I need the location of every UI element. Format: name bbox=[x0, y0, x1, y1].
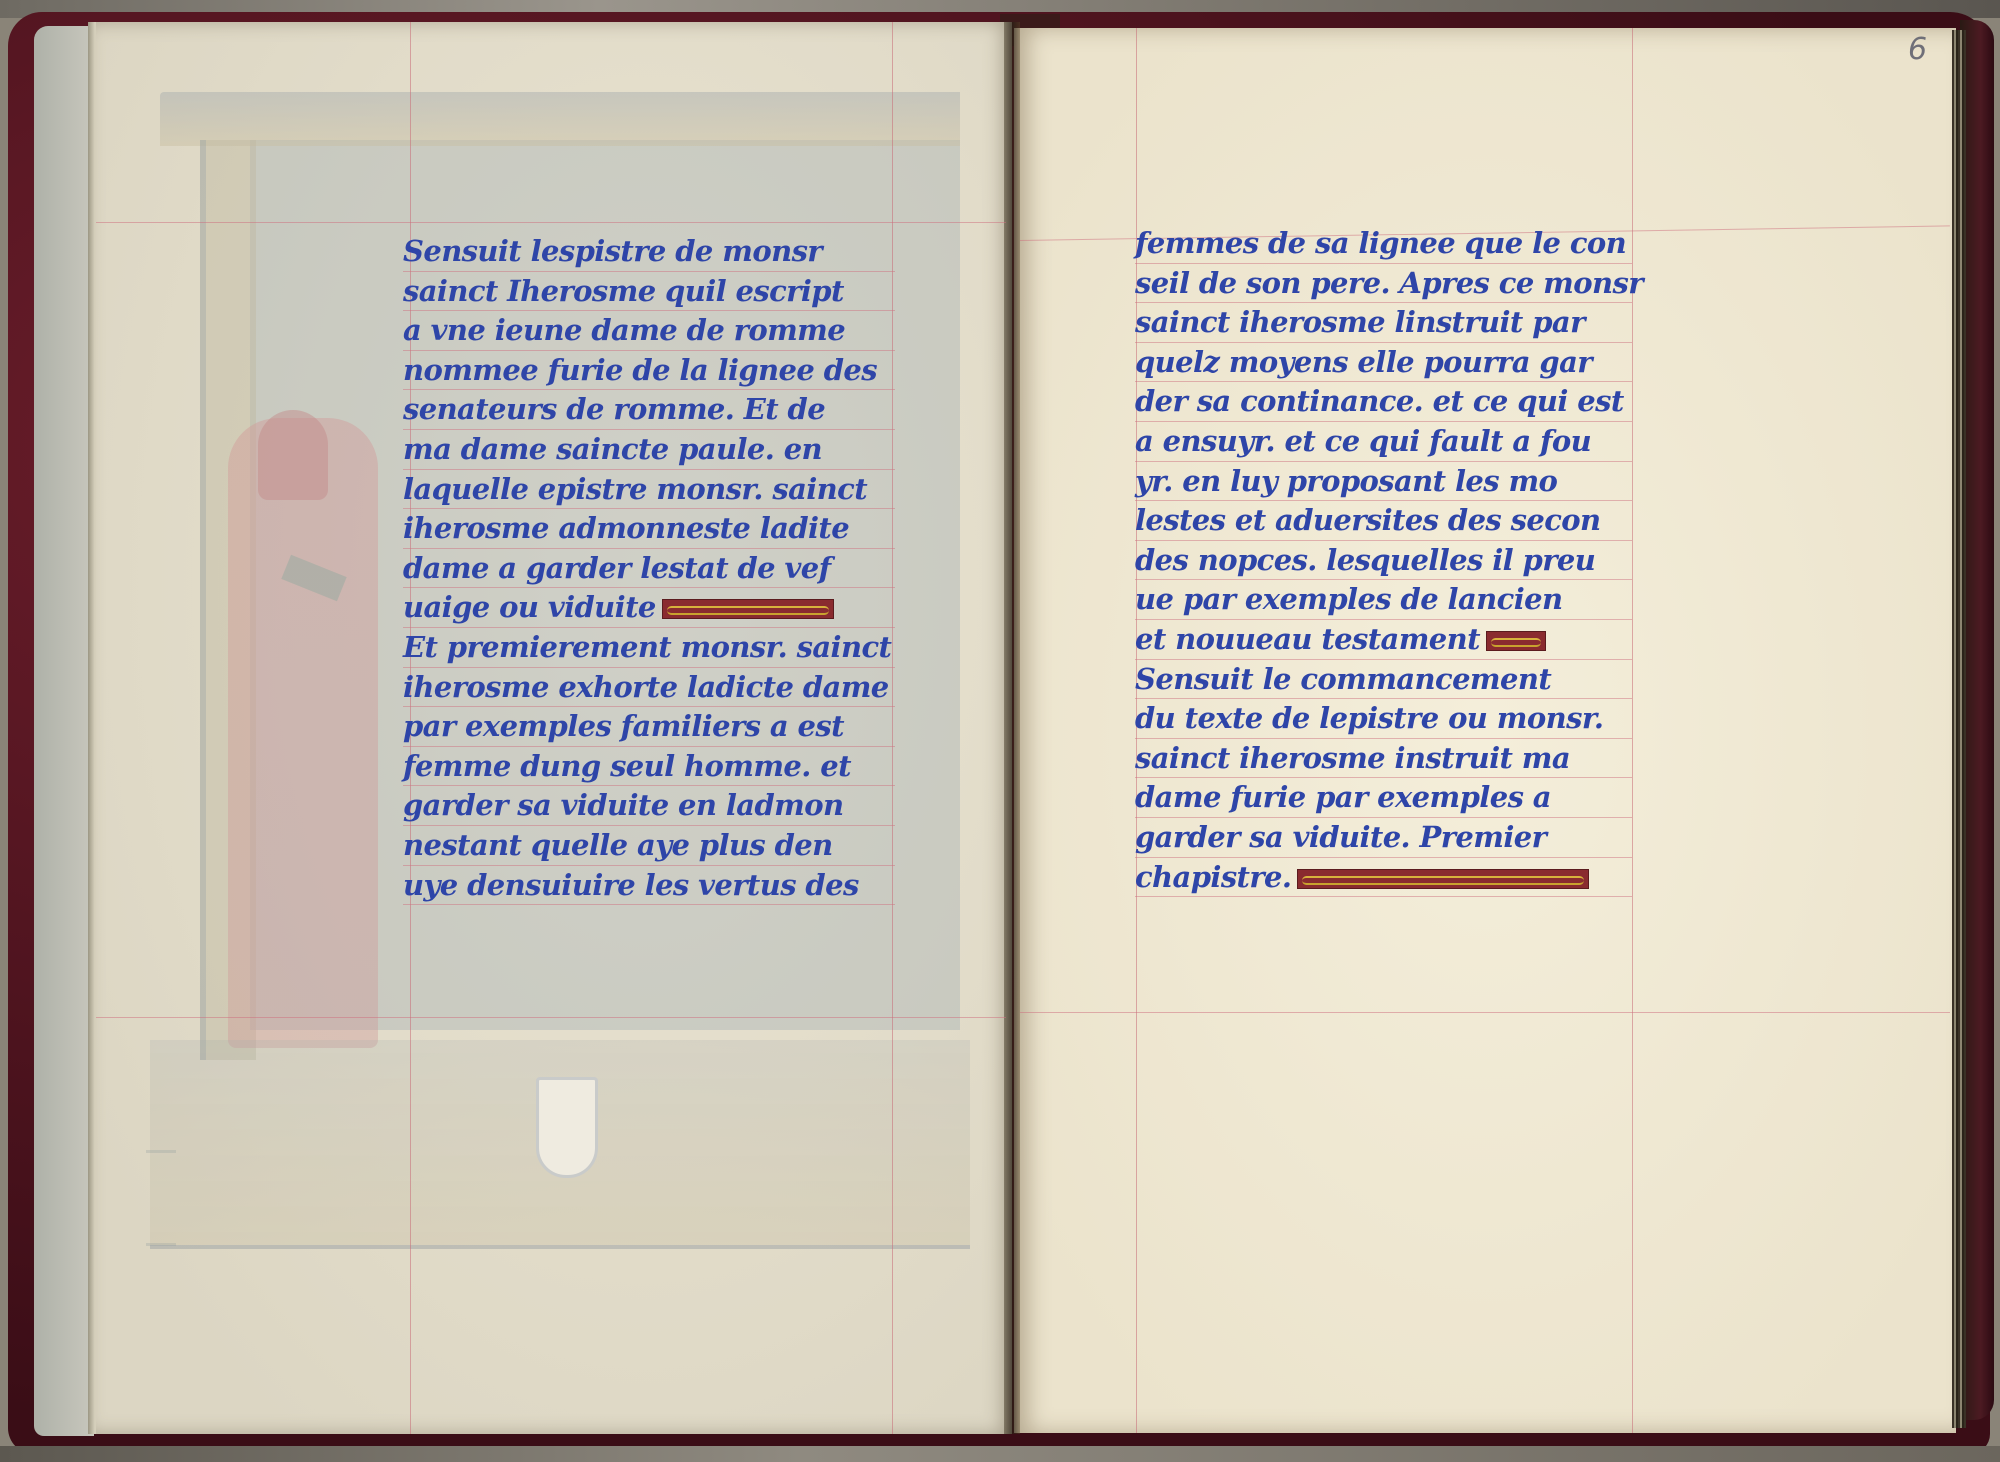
right-text-block: femmes de sa lignee que le con seil de s… bbox=[1135, 224, 1632, 897]
line-filler-ornament-icon bbox=[1486, 631, 1546, 651]
text-line: senateurs de romme. Et de bbox=[403, 390, 895, 430]
ruling-horizontal bbox=[1020, 1012, 1950, 1013]
text-line: femmes de sa lignee que le con bbox=[1135, 224, 1632, 264]
line-text: Sensuit lespistre de monsr bbox=[403, 234, 822, 268]
text-line: iherosme admonneste ladite bbox=[403, 509, 895, 549]
text-line: chapistre. bbox=[1135, 858, 1632, 898]
text-line: laquelle epistre monsr. sainct bbox=[403, 470, 895, 510]
line-text: a vne ieune dame de romme bbox=[403, 313, 845, 347]
text-line: sainct Iherosme quil escript bbox=[403, 272, 895, 312]
line-text: ue par exemples de lancien bbox=[1135, 582, 1562, 616]
text-line: nommee furie de la lignee des bbox=[403, 351, 895, 391]
text-line: et nouueau testament bbox=[1135, 620, 1632, 660]
text-line: Sensuit lespistre de monsr bbox=[403, 232, 895, 272]
line-text: femmes de sa lignee que le con bbox=[1135, 226, 1626, 260]
text-line: dame furie par exemples a bbox=[1135, 778, 1632, 818]
line-text: chapistre. bbox=[1135, 860, 1291, 894]
text-line: a ensuyr. et ce qui fault a fou bbox=[1135, 422, 1632, 462]
miniature-base-step bbox=[146, 1150, 176, 1246]
text-line: der sa continance. et ce qui est bbox=[1135, 382, 1632, 422]
line-filler-ornament-icon bbox=[1297, 869, 1589, 889]
folio-number: 6 bbox=[1908, 32, 1927, 67]
line-text: sainct iherosme instruit ma bbox=[1135, 741, 1570, 775]
line-text: yr. en luy proposant les mo bbox=[1135, 464, 1557, 498]
text-line: sainct iherosme linstruit par bbox=[1135, 303, 1632, 343]
text-line: Sensuit le commancement bbox=[1135, 660, 1632, 700]
line-text: dame a garder lestat de vef bbox=[403, 551, 831, 585]
text-line: des nopces. lesquelles il preu bbox=[1135, 541, 1632, 581]
text-line: garder sa viduite en ladmon bbox=[403, 786, 895, 826]
left-text-block: Sensuit lespistre de monsr sainct Iheros… bbox=[403, 232, 895, 905]
ruling-vertical bbox=[1632, 28, 1633, 1433]
line-text: der sa continance. et ce qui est bbox=[1135, 384, 1624, 418]
text-line: femme dung seul homme. et bbox=[403, 747, 895, 787]
text-line: ue par exemples de lancien bbox=[1135, 580, 1632, 620]
line-text: sainct Iherosme quil escript bbox=[403, 274, 844, 308]
text-line: dame a garder lestat de vef bbox=[403, 549, 895, 589]
text-line: quelz moyens elle pourra gar bbox=[1135, 343, 1632, 383]
miniature-cornice bbox=[160, 92, 960, 146]
line-text: iherosme exhorte ladicte dame bbox=[403, 670, 889, 704]
gutter bbox=[1004, 22, 1020, 1434]
line-text: et nouueau testament bbox=[1135, 622, 1480, 656]
line-text: du texte de lepistre ou monsr. bbox=[1135, 701, 1603, 735]
ruling-horizontal bbox=[96, 1017, 1006, 1018]
page-stack-right bbox=[1952, 30, 1966, 1428]
line-text: quelz moyens elle pourra gar bbox=[1135, 345, 1592, 379]
text-line: lestes et aduersites des secon bbox=[1135, 501, 1632, 541]
line-text: uaige ou viduite bbox=[403, 590, 656, 624]
line-text: seil de son pere. Apres ce monsr bbox=[1135, 266, 1643, 300]
background-bottom-strip bbox=[0, 1446, 2000, 1462]
line-text: ma dame saincte paule. en bbox=[403, 432, 822, 466]
text-line: Et premierement monsr. sainct bbox=[403, 628, 895, 668]
miniature-figure bbox=[228, 418, 378, 1048]
line-text: par exemples familiers a est bbox=[403, 709, 844, 743]
text-line: du texte de lepistre ou monsr. bbox=[1135, 699, 1632, 739]
line-text: Et premierement monsr. sainct bbox=[403, 630, 891, 664]
line-text: lestes et aduersites des secon bbox=[1135, 503, 1601, 537]
text-line: par exemples familiers a est bbox=[403, 707, 895, 747]
pastedown-leaf bbox=[34, 26, 94, 1436]
text-line: uye densuiuire les vertus des bbox=[403, 866, 895, 906]
line-text: Sensuit le commancement bbox=[1135, 662, 1551, 696]
line-filler-ornament-icon bbox=[662, 599, 834, 619]
text-line: uaige ou viduite bbox=[403, 588, 895, 628]
line-text: des nopces. lesquelles il preu bbox=[1135, 543, 1595, 577]
text-line: a vne ieune dame de romme bbox=[403, 311, 895, 351]
text-line: garder sa viduite. Premier bbox=[1135, 818, 1632, 858]
text-line: iherosme exhorte ladicte dame bbox=[403, 668, 895, 708]
line-text: garder sa viduite. Premier bbox=[1135, 820, 1546, 854]
line-text: femme dung seul homme. et bbox=[403, 749, 851, 783]
text-line: seil de son pere. Apres ce monsr bbox=[1135, 264, 1632, 304]
line-text: a ensuyr. et ce qui fault a fou bbox=[1135, 424, 1591, 458]
text-line: ma dame saincte paule. en bbox=[403, 430, 895, 470]
line-text: dame furie par exemples a bbox=[1135, 780, 1551, 814]
text-line: nestant quelle aye plus den bbox=[403, 826, 895, 866]
text-line: sainct iherosme instruit ma bbox=[1135, 739, 1632, 779]
ruling-horizontal bbox=[96, 222, 1006, 223]
line-text: iherosme admonneste ladite bbox=[403, 511, 849, 545]
line-text: laquelle epistre monsr. sainct bbox=[403, 472, 867, 506]
line-text: sainct iherosme linstruit par bbox=[1135, 305, 1585, 339]
line-text: nestant quelle aye plus den bbox=[403, 828, 833, 862]
line-text: nommee furie de la lignee des bbox=[403, 353, 877, 387]
miniature-figure-head bbox=[258, 410, 328, 500]
line-text: uye densuiuire les vertus des bbox=[403, 868, 859, 902]
blank-shield-icon bbox=[536, 1077, 598, 1178]
line-text: senateurs de romme. Et de bbox=[403, 392, 825, 426]
line-text: garder sa viduite en ladmon bbox=[403, 788, 843, 822]
text-line: yr. en luy proposant les mo bbox=[1135, 462, 1632, 502]
